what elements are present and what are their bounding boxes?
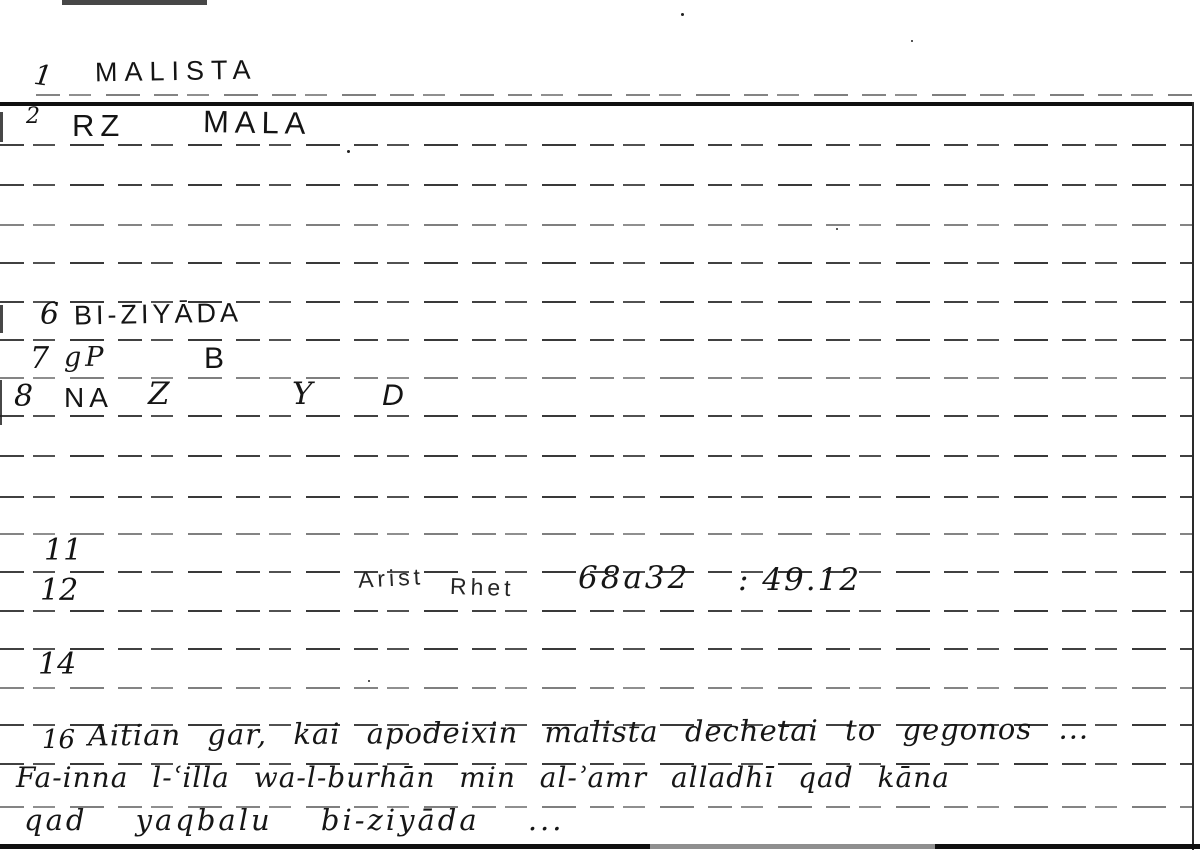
line-14-number: 14 [38,650,76,680]
line-1-headword: MALISTA [95,57,258,87]
scan-speck [836,228,838,230]
ruled-line [0,648,1192,650]
ruled-line [0,415,1192,417]
line-7-value-b: B [204,344,224,374]
arabic-translation-line-2: qad yaqbalu bi-ziyāda ... [24,806,565,835]
arabic-translation-line-1: Fa-inna l-ʿilla wa-l-burhān min al-ʾamr … [16,764,950,792]
line-8-number: 8 [14,382,33,412]
ruled-line [0,262,1192,264]
line-2-value-mala: MALA [203,106,312,139]
ruled-line [0,496,1192,498]
citation-author-stamp: Arist [357,565,424,591]
line-12-number: 12 [40,576,78,606]
ruled-line [0,377,1192,379]
line-6-number: 6 [40,300,59,330]
ruled-line [36,94,1192,96]
scan-speck [681,13,684,16]
ruled-line [0,184,1192,186]
line-8-value-d: D [382,381,404,411]
scan-speck [347,150,350,153]
scan-speck [368,680,370,682]
citation-bekker-locus: 68a32 [578,563,690,594]
line-8-value-y: Y [292,379,312,410]
scan-artifact-left-edge [0,112,3,142]
scan-artifact-left-edge [0,305,3,333]
line-2-field-rz: RZ [72,110,125,141]
line-6-value-bi-ziyada: BI-ZIYĀDA [74,300,242,330]
scan-artifact-left-edge [0,380,2,425]
line-8-value-na: NA [64,384,113,412]
ruled-line [0,455,1192,457]
line-11-number: 11 [44,536,82,566]
ruled-line [0,687,1192,689]
line-7-number: 7 [30,344,49,374]
ruled-line [0,533,1192,535]
ruled-line [0,144,1192,146]
citation-page-ref: : 49.12 [738,565,861,596]
scan-speck [911,40,913,42]
scanned-index-card: 1 MALISTA 2 RZ MALA 6 BI-ZIYĀDA 7 gP B 8… [0,0,1200,854]
bottom-border-gray-segment [650,844,935,849]
ruled-line [0,224,1192,226]
ruled-line [0,610,1192,612]
header-divider-rule [0,102,1193,106]
line-1-number: 1 [32,61,54,91]
line-2-number: 2 [26,106,40,128]
bottom-border-rule [0,844,1200,849]
line-7-field-gp: gP [64,344,107,371]
right-border-rule [1192,102,1194,850]
scan-artifact-top-bar [62,0,207,5]
line-16-number: 16 [42,727,75,753]
citation-work-stamp: Rhet [450,575,515,600]
ruled-line [0,339,1192,341]
line-8-value-z: Z [148,379,170,410]
greek-quotation-line: Aitian gar, kai apodeixin malista dechet… [88,715,1089,751]
